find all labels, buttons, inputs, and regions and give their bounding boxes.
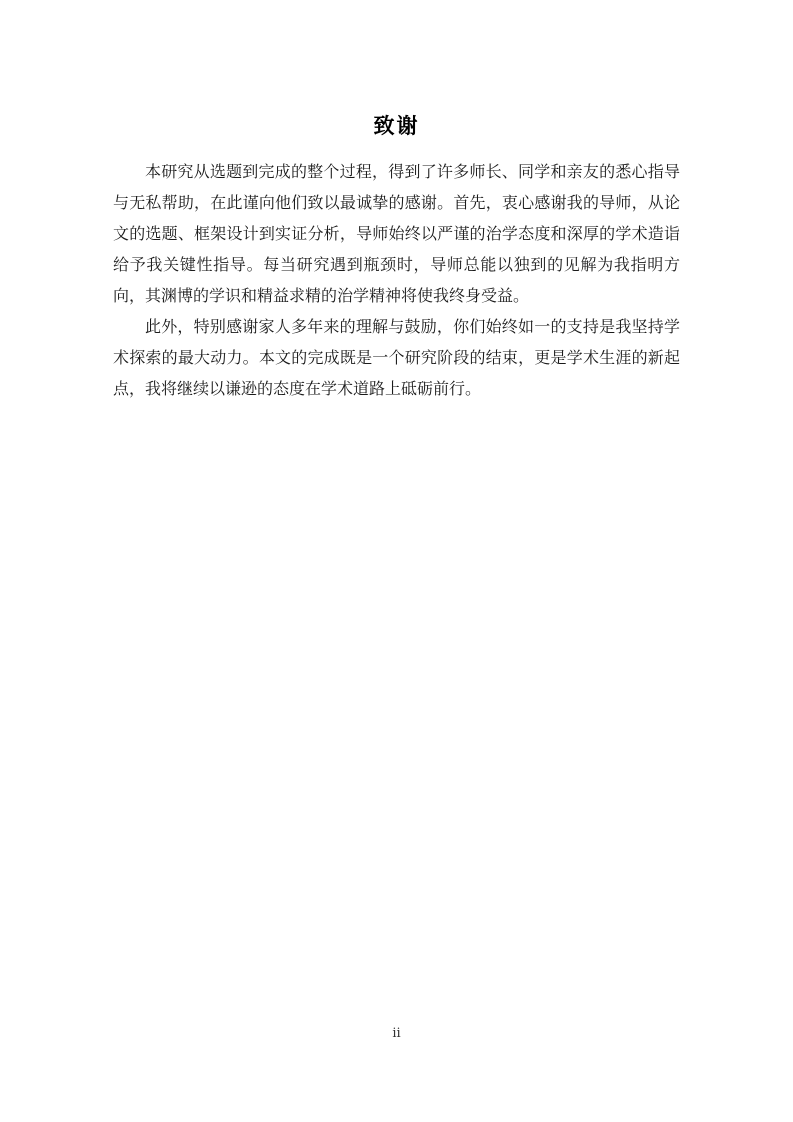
acknowledgments-body: 本研究从选题到完成的整个过程，得到了许多师长、同学和亲友的悉心指导与无私帮助，在… <box>113 156 680 404</box>
page-number: ii <box>0 1026 793 1042</box>
document-page: 致谢 本研究从选题到完成的整个过程，得到了许多师长、同学和亲友的悉心指导与无私帮… <box>0 0 793 1122</box>
acknowledgment-paragraph-2: 此外，特别感谢家人多年来的理解与鼓励，你们始终如一的支持是我坚持学术探索的最大动… <box>113 311 680 404</box>
acknowledgment-paragraph-1: 本研究从选题到完成的整个过程，得到了许多师长、同学和亲友的悉心指导与无私帮助，在… <box>113 156 680 311</box>
page-title: 致谢 <box>0 112 793 140</box>
